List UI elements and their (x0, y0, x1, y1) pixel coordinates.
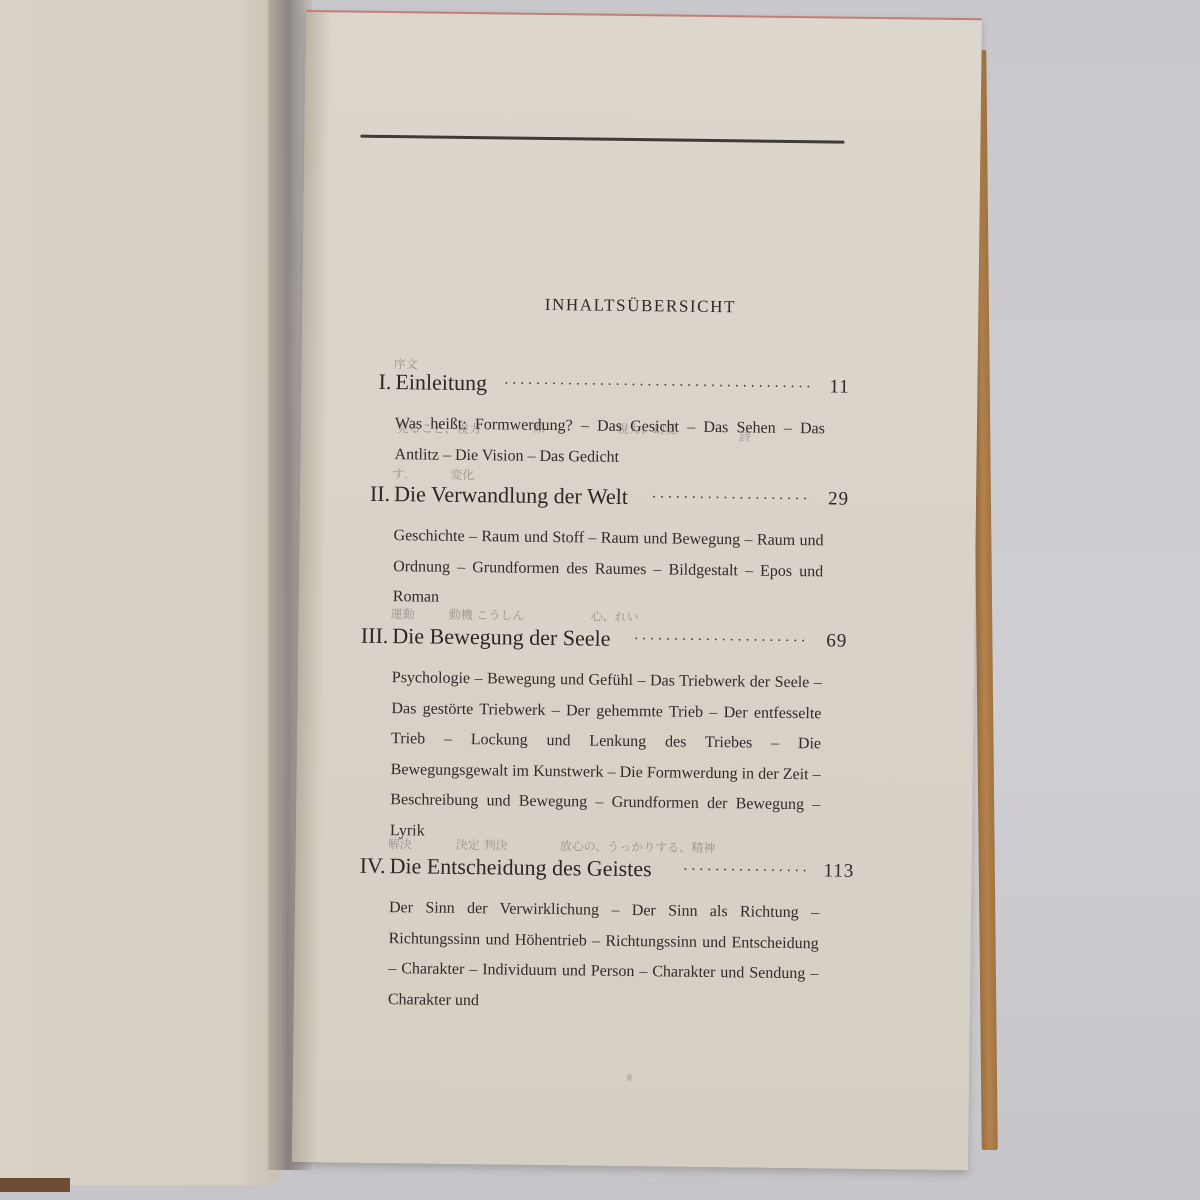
facing-left-page (0, 0, 280, 1185)
paper-foxing-spot (627, 1074, 632, 1081)
handwritten-note: 運動 (391, 605, 415, 622)
toc-entry-1: 序文 I. Einleitung .......................… (301, 366, 977, 404)
chapter-page-number: 29 (828, 484, 849, 514)
top-rule-divider (360, 135, 844, 144)
handwritten-note: 心、れい (591, 608, 639, 626)
chapter-title: Die Verwandlung der Welt (394, 479, 628, 512)
toc-entry-title-row: II. Die Verwandlung der Welt ...........… (300, 478, 976, 516)
toc-entry-title-row: III. Die Bewegung der Seele ............… (298, 620, 974, 658)
dot-leader: ....................... (652, 478, 812, 510)
dot-leader: ......................... (634, 620, 810, 652)
dot-leader: ....................................... (504, 364, 809, 398)
handwritten-note: 解決 (388, 835, 412, 852)
chapter-subtopics: Der Sinn der Verwirklichung – Der Sinn a… (388, 893, 819, 1020)
toc-heading: INHALTSÜBERSICHT (302, 292, 978, 320)
toc-entry-title-row: I. Einleitung ..........................… (301, 366, 977, 404)
chapter-subtopics: Psychologie – Bewegung und Gefühl – Das … (390, 663, 822, 851)
toc-entry-2: す. 変化 II. Die Verwandlung der Welt .....… (300, 478, 976, 516)
chapter-subtopics: Geschichte – Raum und Stoff – Raum und B… (393, 521, 824, 618)
handwritten-note: 決定 判決 (456, 836, 508, 854)
toc-entry-3: 運動 動機 こうしん 心、れい III. Die Bewegung der Se… (298, 620, 974, 658)
dot-leader: ................. (683, 851, 807, 883)
chapter-page-number: 69 (826, 626, 847, 656)
chapter-page-number: 113 (823, 856, 854, 886)
chapter-numeral: II. (370, 479, 391, 509)
left-cover-edge (0, 1178, 70, 1192)
book-page: INHALTSÜBERSICHT 序文 I. Einleitung ......… (292, 10, 982, 1170)
chapter-page-number: 11 (829, 372, 850, 402)
chapter-title: Die Bewegung der Seele (392, 621, 610, 654)
chapter-numeral: III. (361, 621, 389, 651)
chapter-title: Die Entscheidung des Geistes (389, 851, 651, 884)
toc-entry-title-row: IV. Die Entscheidung des Geistes .......… (295, 850, 971, 888)
chapter-numeral: IV. (359, 851, 385, 881)
toc-entry-4: 解決 決定 判決 放心の、うっかりする、精神 IV. Die Entscheid… (295, 850, 971, 888)
chapter-numeral: I. (378, 367, 391, 397)
chapter-title: Einleitung (395, 367, 487, 398)
